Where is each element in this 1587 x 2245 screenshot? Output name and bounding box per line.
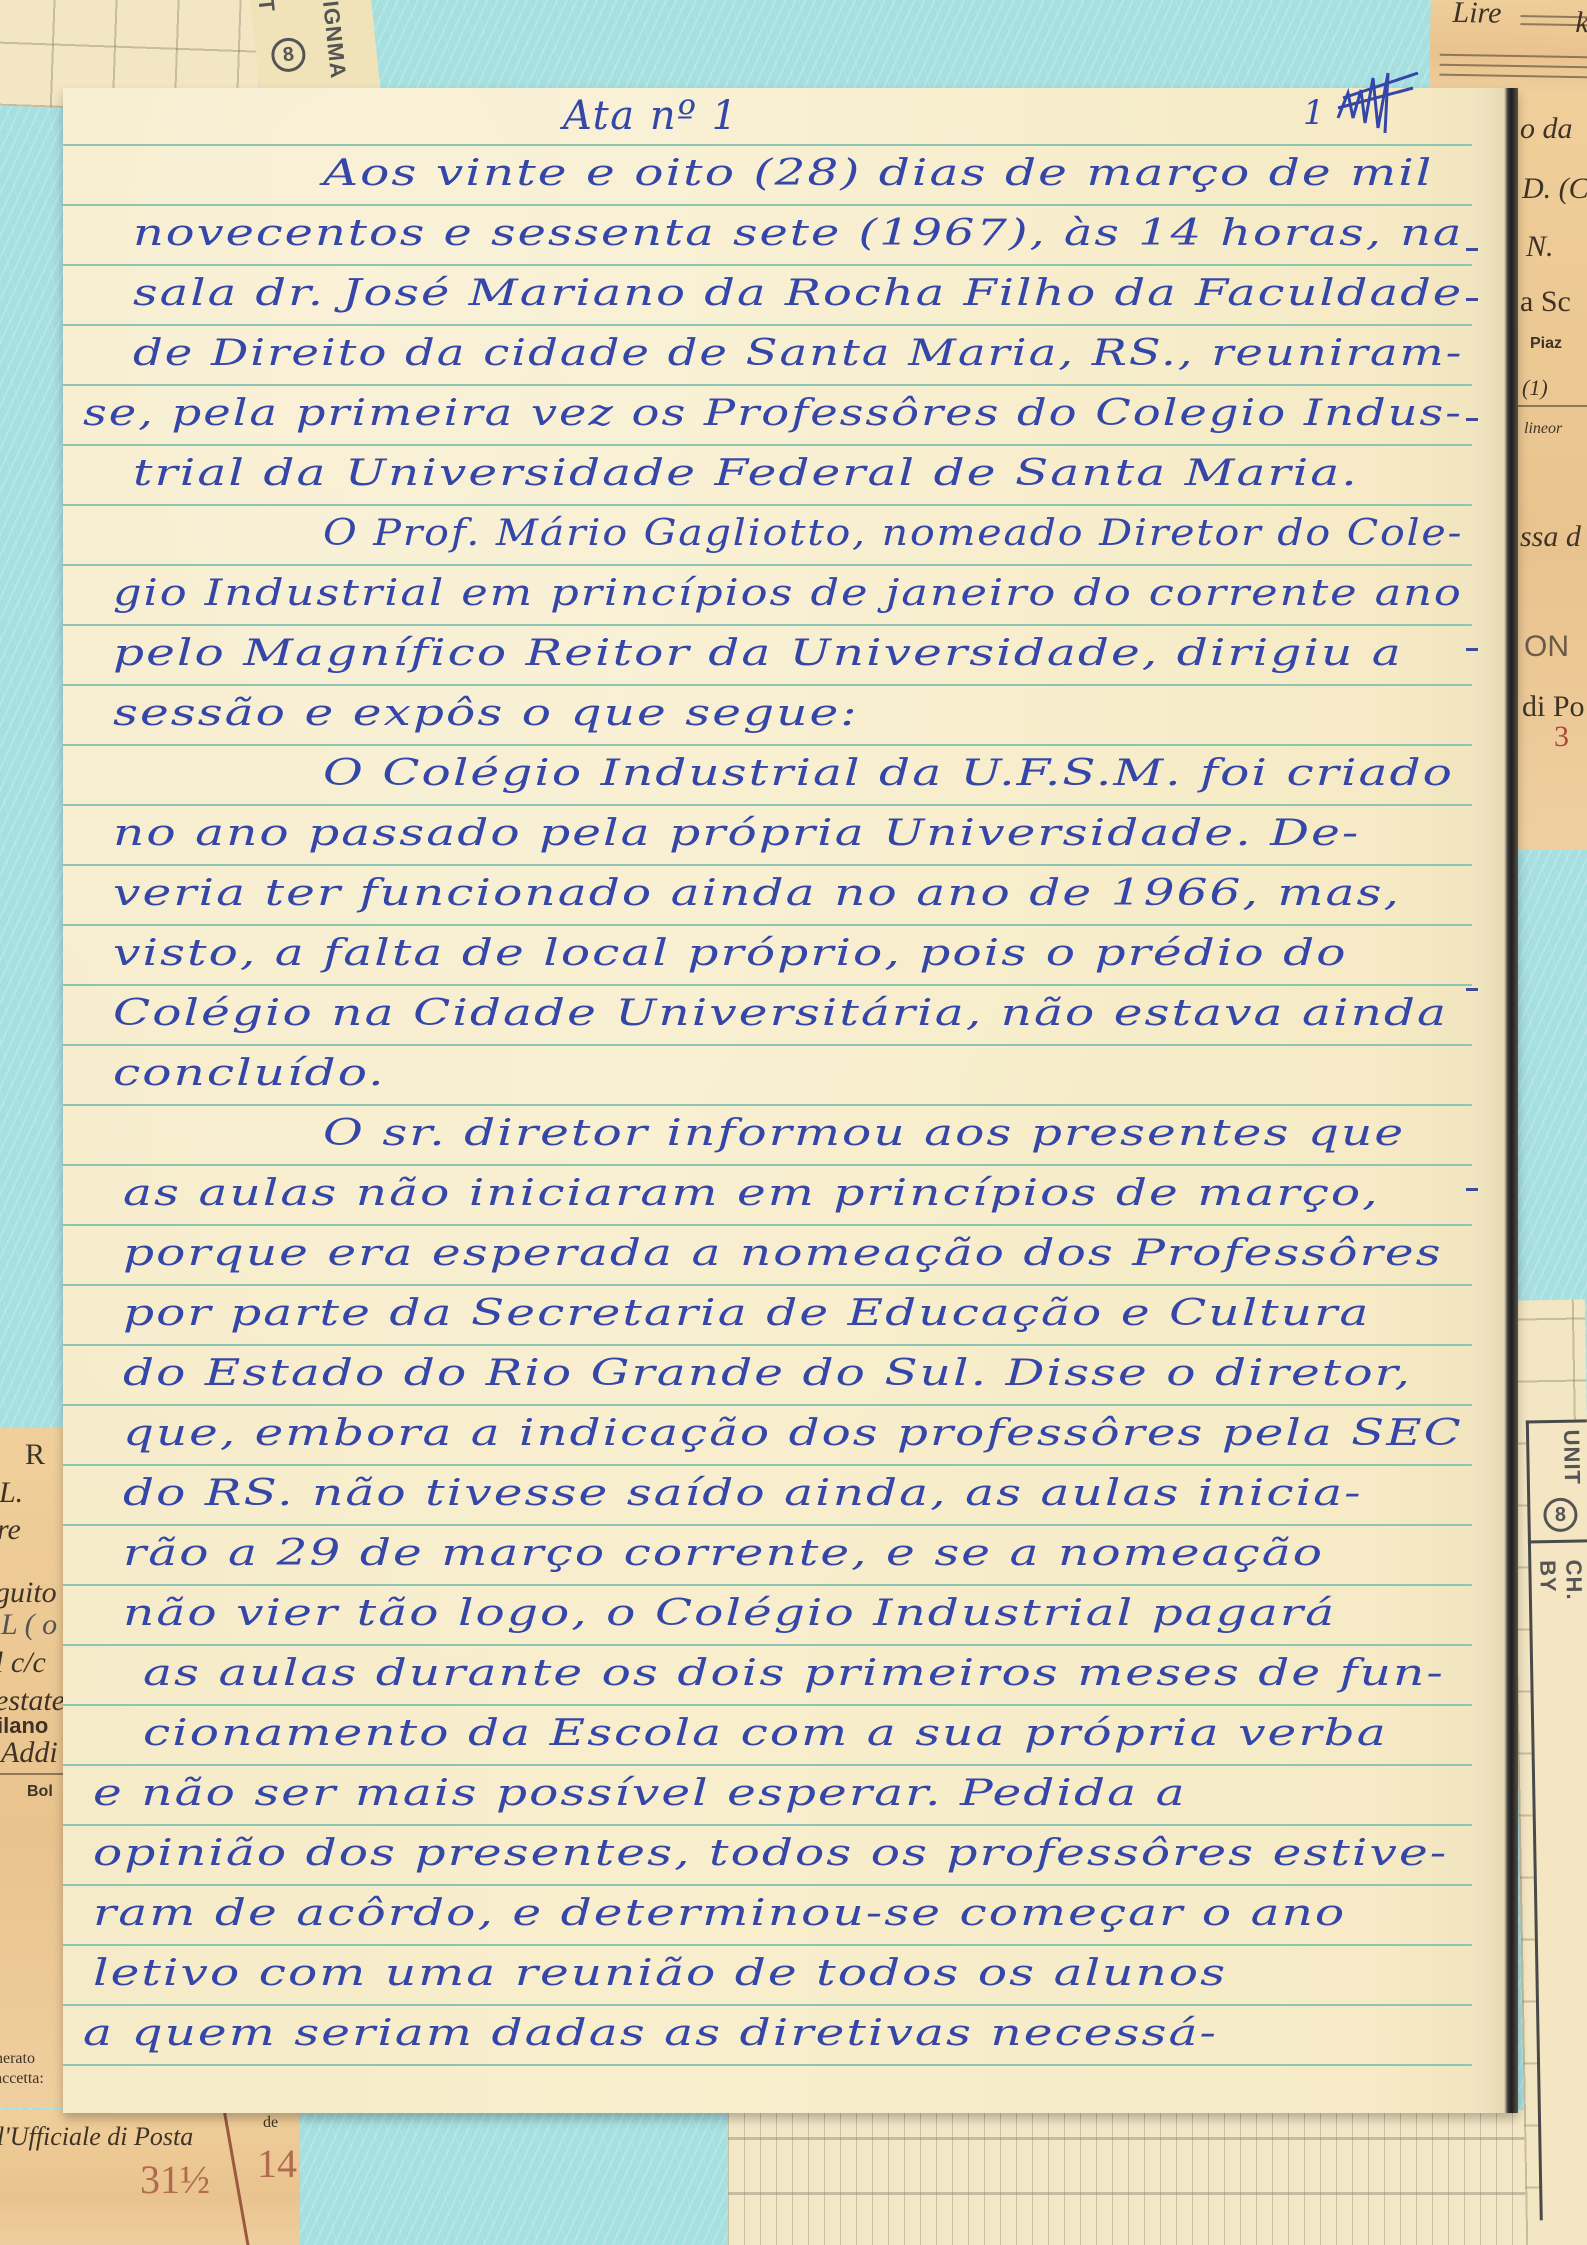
form-text: o da <box>1520 112 1573 146</box>
form-text: 31½ <box>140 2156 210 2203</box>
form-text: Piaz <box>1530 335 1562 353</box>
text-line: sessão e expôs o que segue: <box>113 693 859 734</box>
form-text: L ( o <box>1 1608 57 1642</box>
form-text: L. <box>0 1476 23 1510</box>
form-text: D. (C <box>1522 172 1587 206</box>
text-line: do RS. não tivesse saído ainda, as aulas… <box>123 1473 1363 1514</box>
form-text: lineor <box>1524 420 1562 438</box>
signature-mark-icon <box>1333 68 1423 138</box>
text-line: pelo Magnífico Reitor da Universidade, d… <box>113 633 1403 674</box>
form-text: 3 <box>1554 720 1569 754</box>
form-scrap-left: R L. re guito L ( o l c/c estate ilano A… <box>0 1428 70 2108</box>
text-line: a quem seriam dadas as diretivas necessá… <box>83 2013 1218 2054</box>
text-line: novecentos e sessenta sete (1967), às 14… <box>133 213 1463 254</box>
text-line: opinião dos presentes, todos os professô… <box>93 1833 1448 1874</box>
form-text: l c/c <box>0 1646 46 1680</box>
text-line: não vier tão logo, o Colégio Industrial … <box>123 1593 1336 1634</box>
text-line: Colégio na Cidade Universitária, não est… <box>113 993 1448 1034</box>
text-line: concluído. <box>113 1053 386 1094</box>
text-line: do Estado do Rio Grande do Sul. Disse o … <box>123 1353 1412 1394</box>
handwritten-text: Ata nº 1 1 Aos vinte e oito (28) dias de… <box>63 88 1518 2113</box>
stamp-label-checked-by: CH. BY <box>1534 1559 1587 1601</box>
form-scrap-right: o da D. (C N. a Sc Piaz (1) lineor ssa d… <box>1518 90 1587 850</box>
text-line: visto, a falta de local próprio, pois o … <box>113 933 1348 974</box>
form-scrap-bottom-left: l'Ufficiale di Posta 31½ de 14 <box>0 2110 300 2245</box>
stamp-letter: T <box>252 0 279 14</box>
text-line: Aos vinte e oito (28) dias de março de m… <box>323 153 1433 194</box>
text-line: cionamento da Escola com a sua própria v… <box>143 1713 1388 1754</box>
text-line: no ano passado pela própria Universidade… <box>113 813 1360 854</box>
notebook-page: Ata nº 1 1 Aos vinte e oito (28) dias de… <box>63 88 1518 2113</box>
text-line: gio Industrial em princípios de janeiro … <box>113 573 1463 614</box>
text-line: letivo com uma reunião de todos os aluno… <box>93 1953 1227 1994</box>
circled-number-icon: 8 <box>270 36 307 73</box>
text-line: se, pela primeira vez os Professôres do … <box>83 393 1463 434</box>
text-line: trial da Universidade Federal de Santa M… <box>133 453 1359 494</box>
form-text: N. <box>1526 230 1554 264</box>
form-text: re <box>0 1513 21 1547</box>
text-line: de Direito da cidade de Santa Maria, RS.… <box>133 333 1463 374</box>
text-line: ram de acôrdo, e determinou-se começar o… <box>93 1893 1346 1934</box>
text-line: O sr. diretor informou aos presentes que <box>323 1113 1405 1154</box>
form-text: Bol <box>27 1783 53 1801</box>
text-line: as aulas não iniciaram em princípios de … <box>123 1173 1380 1214</box>
grid-paper-scrap-bottom <box>728 2110 1528 2245</box>
text-line: rão a 29 de março corrente, e se a nomea… <box>123 1533 1324 1574</box>
text-line: veria ter funcionado ainda no ano de 196… <box>113 873 1401 914</box>
form-text: nerato <box>0 2050 35 2068</box>
form-text: l'Ufficiale di Posta <box>0 2122 193 2152</box>
text-line: as aulas durante os dois primeiros meses… <box>143 1653 1445 1694</box>
form-text: di Po <box>1522 690 1585 724</box>
form-scrap-top-right: Lire k <box>1429 0 1587 96</box>
stamp-label-signma: SIGNMA <box>315 0 351 80</box>
form-text: guito <box>0 1576 57 1610</box>
text-line: O Prof. Mário Gagliotto, nomeado Diretor… <box>323 513 1463 554</box>
form-text: de <box>263 2114 278 2132</box>
form-text: 14 <box>257 2140 297 2187</box>
form-text: R <box>25 1438 45 1472</box>
text-line: por parte da Secretaria de Educação e Cu… <box>123 1293 1370 1334</box>
form-text: (1) <box>1522 375 1548 401</box>
form-label-lire: Lire <box>1452 0 1501 31</box>
form-initial: k <box>1575 6 1587 40</box>
form-text: accetta: <box>0 2070 44 2088</box>
text-line: sala dr. José Mariano da Rocha Filho da … <box>133 273 1463 314</box>
form-text: Addi <box>1 1736 58 1770</box>
stamp-scrap-top-left: T 8 SIGNMA <box>250 0 381 101</box>
text-line: que, embora a indicação dos professôres … <box>123 1413 1463 1454</box>
form-text: ssa d <box>1520 520 1581 554</box>
text-line: O Colégio Industrial da U.F.S.M. foi cri… <box>323 753 1454 794</box>
document-heading: Ata nº 1 <box>563 93 739 139</box>
text-line: porque era esperada a nomeação dos Profe… <box>123 1233 1443 1274</box>
form-text: ON <box>1524 630 1569 664</box>
form-text: a Sc <box>1520 285 1571 319</box>
page-number: 1 <box>1303 93 1326 133</box>
text-line: e não ser mais possível esperar. Pedida … <box>93 1773 1187 1814</box>
stamp-label-unit: UNIT <box>1558 1429 1585 1485</box>
